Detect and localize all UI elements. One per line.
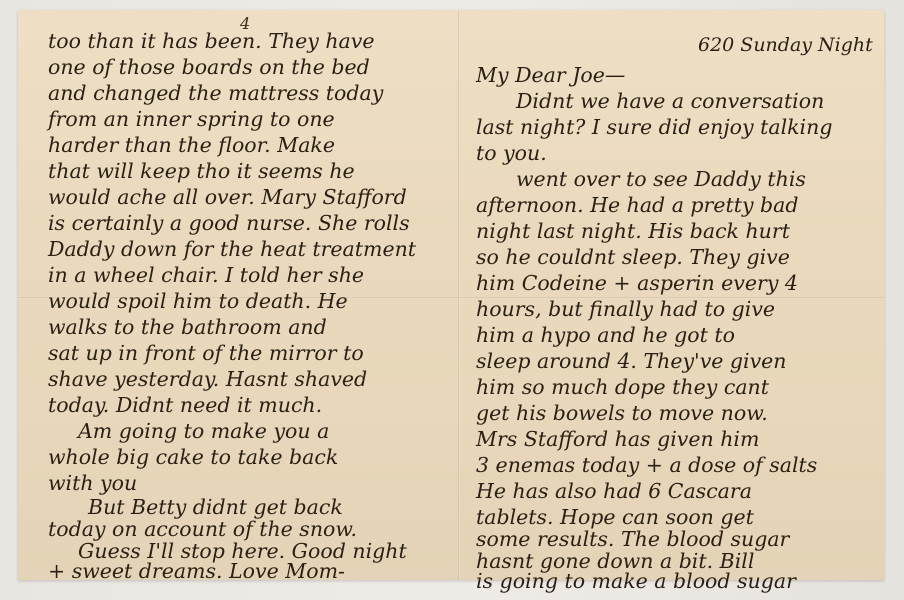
right-page: 620 Sunday Night My Dear Joe— Didnt we h… <box>476 10 876 580</box>
left-page: 4 too than it has been. They have one of… <box>48 10 453 580</box>
text-line: harder than the floor. Make <box>48 132 335 158</box>
text-line: went over to see Daddy this <box>516 166 806 192</box>
text-line: from an inner spring to one <box>48 106 335 132</box>
text-line: to you. <box>476 140 547 166</box>
text-line: would spoil him to death. He <box>48 288 348 314</box>
text-line: He has also had 6 Cascara <box>476 478 752 504</box>
text-line: too than it has been. They have <box>48 28 374 54</box>
text-line: would ache all over. Mary Stafford <box>48 184 407 210</box>
text-line: night last night. His back hurt <box>476 218 790 244</box>
text-line: sat up in front of the mirror to <box>48 340 364 366</box>
text-line: Didnt we have a conversation <box>516 88 824 114</box>
text-line: in a wheel chair. I told her she <box>48 262 364 288</box>
text-line: get his bowels to move now. <box>476 400 768 426</box>
text-line: sleep around 4. They've given <box>476 348 787 374</box>
signature-line: + sweet dreams. Love Mom- <box>48 558 345 584</box>
text-line: with you <box>48 470 137 496</box>
text-line: shave yesterday. Hasnt shaved <box>48 366 367 392</box>
text-line: Am going to make you a <box>78 418 329 444</box>
text-line: him so much dope they cant <box>476 374 769 400</box>
text-line: so he couldnt sleep. They give <box>476 244 790 270</box>
text-line: afternoon. He had a pretty bad <box>476 192 799 218</box>
text-line: one of those boards on the bed <box>48 54 370 80</box>
salutation: My Dear Joe— <box>476 62 625 88</box>
dateline: 620 Sunday Night <box>698 32 873 58</box>
text-line: that will keep tho it seems he <box>48 158 355 184</box>
vertical-fold-crease <box>458 10 460 580</box>
text-line: today. Didnt need it much. <box>48 392 322 418</box>
text-line: 3 enemas today + a dose of salts <box>476 452 817 478</box>
letter-paper: 4 too than it has been. They have one of… <box>18 10 884 580</box>
text-line: is going to make a blood sugar <box>476 568 796 594</box>
text-line: is certainly a good nurse. She rolls <box>48 210 410 236</box>
text-line: him a hypo and he got to <box>476 322 735 348</box>
text-line: and changed the mattress today <box>48 80 383 106</box>
text-line: Mrs Stafford has given him <box>476 426 759 452</box>
text-line: Daddy down for the heat treatment <box>48 236 416 262</box>
text-line: walks to the bathroom and <box>48 314 327 340</box>
text-line: him Codeine + asperin every 4 <box>476 270 798 296</box>
text-line: whole big cake to take back <box>48 444 338 470</box>
text-line: hours, but finally had to give <box>476 296 775 322</box>
text-line: last night? I sure did enjoy talking <box>476 114 832 140</box>
